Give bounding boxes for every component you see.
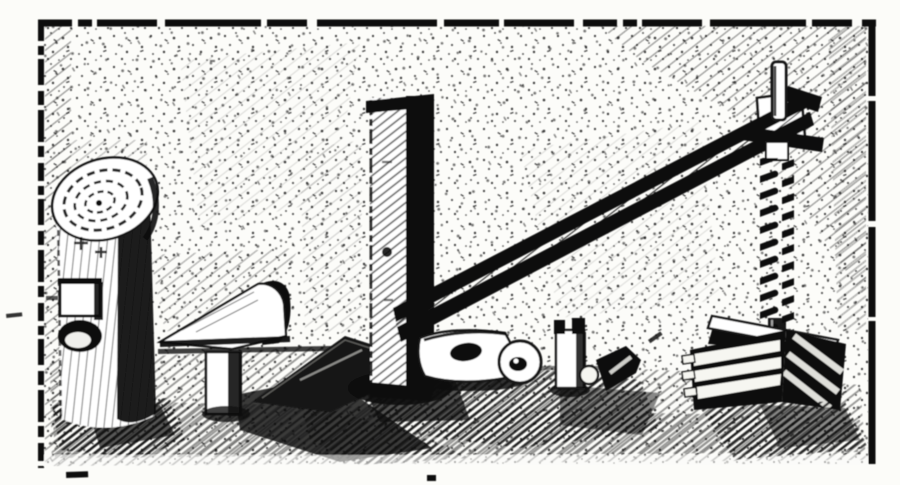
screw-thread xyxy=(760,158,794,330)
engraving: Halftone engraving of primitive wood-spl… xyxy=(0,0,900,485)
maul-knot xyxy=(382,247,392,257)
log-stump xyxy=(41,144,168,427)
